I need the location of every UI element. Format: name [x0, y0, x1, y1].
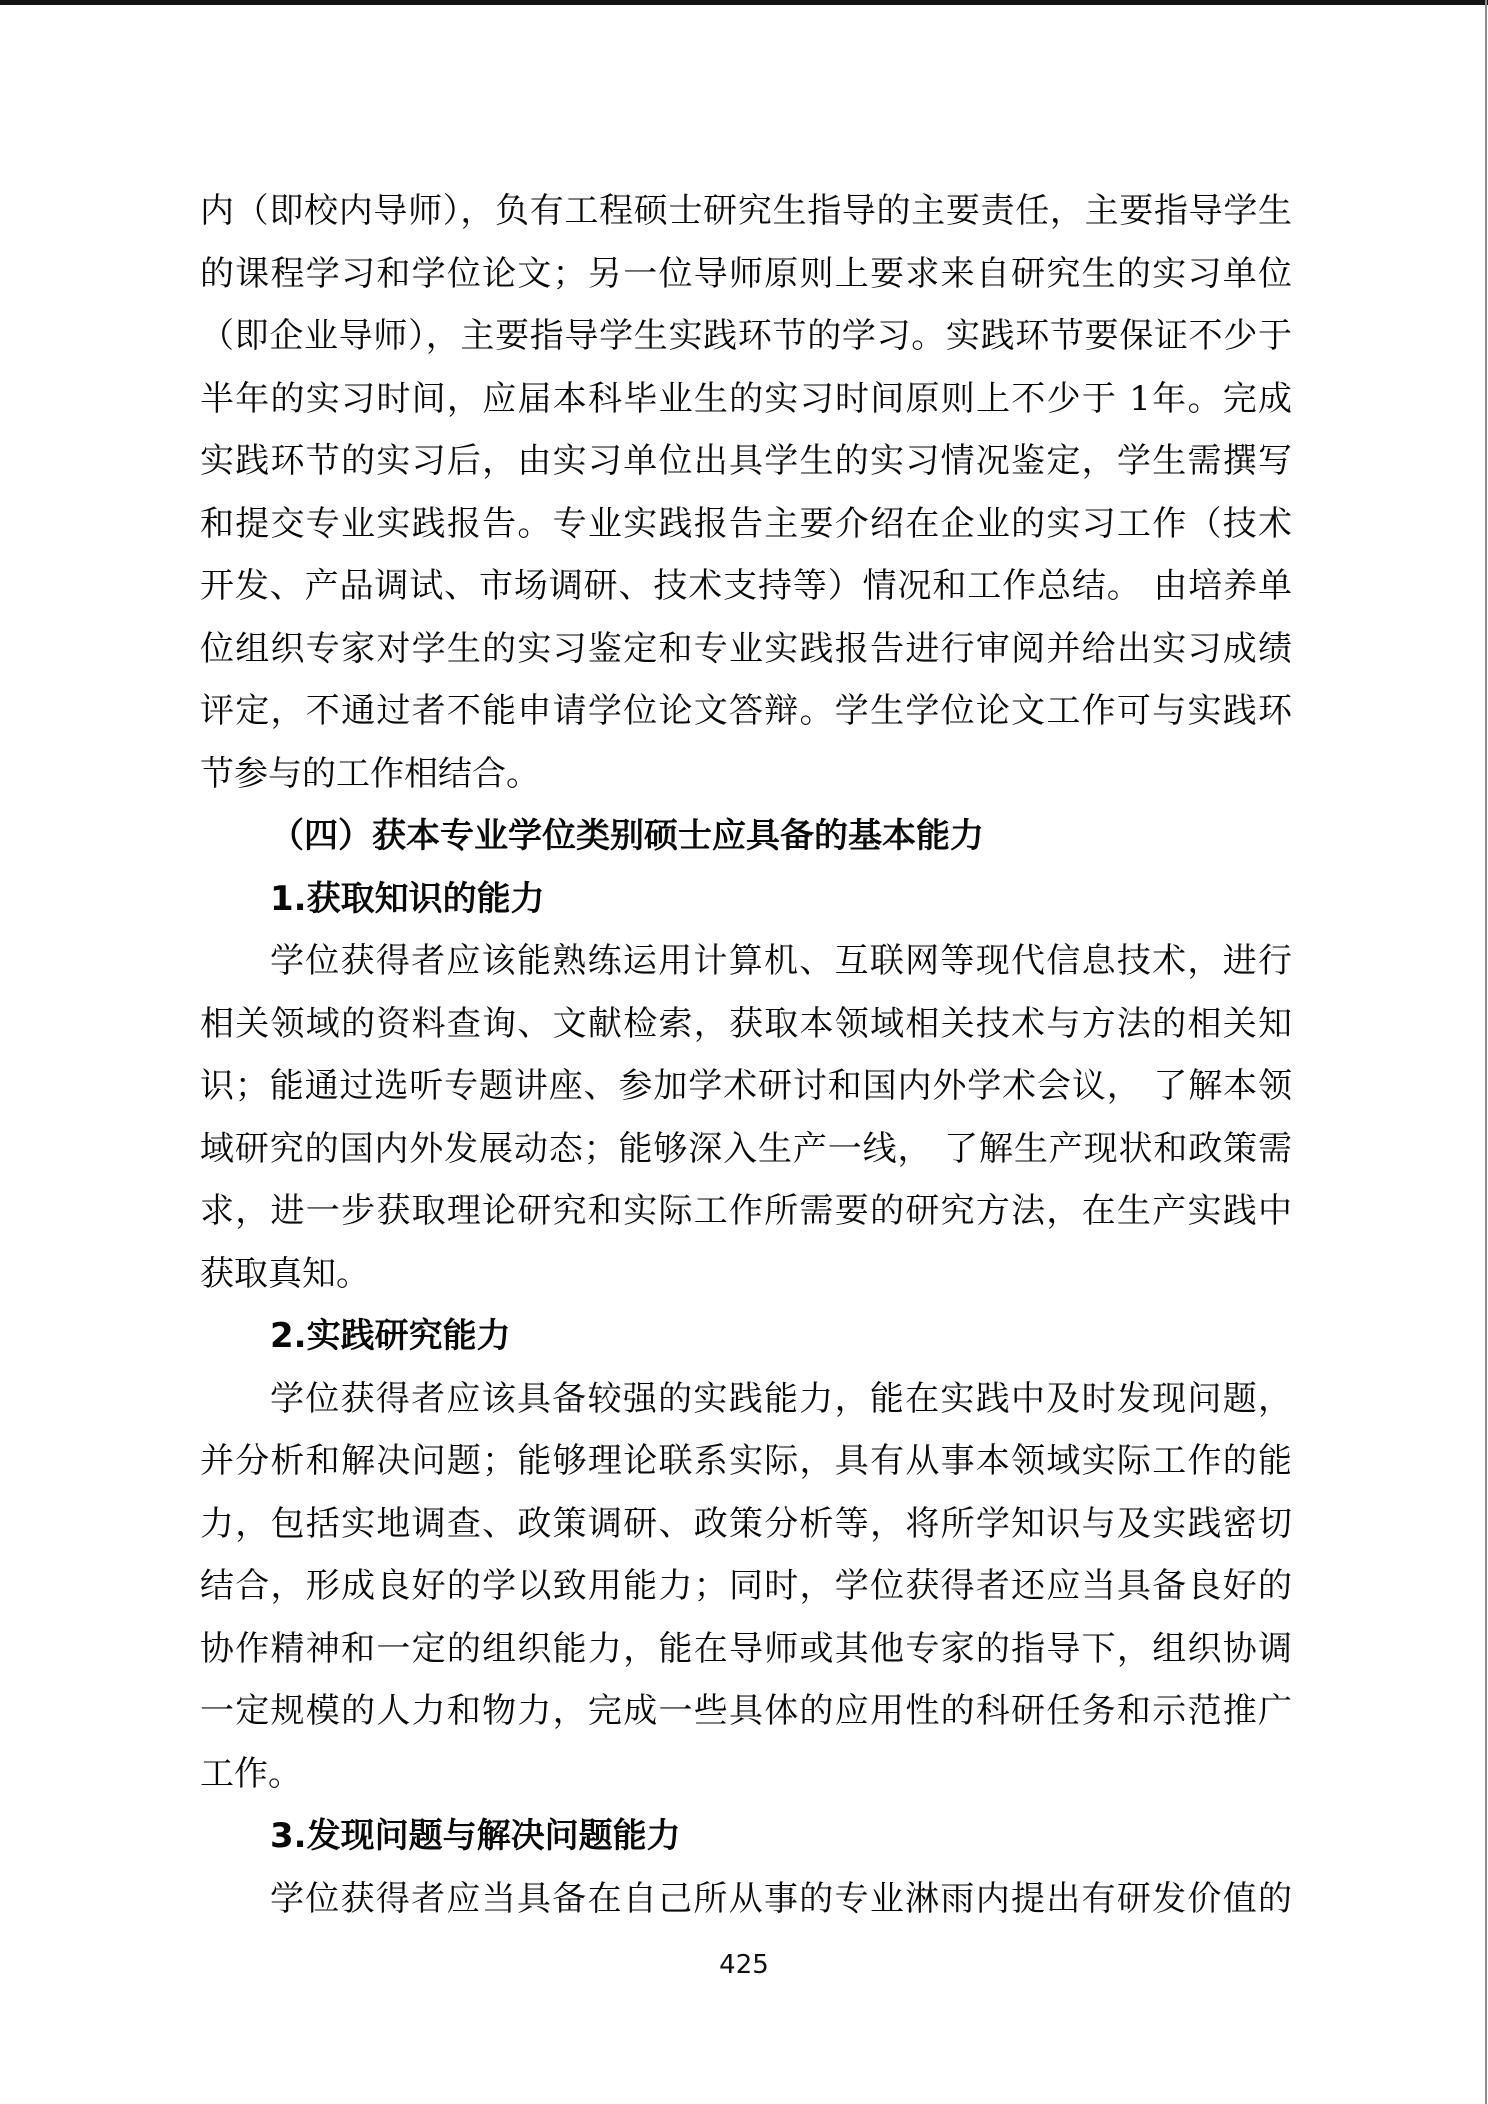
- text-line: 相关领域的资料查询、文献检索，获取本领域相关技术与方法的相关知: [200, 993, 1292, 1056]
- page-top-border: [0, 0, 1488, 5]
- text-block: 内（即校内导师），负有工程硕士研究生指导的主要责任，主要指导学生 的课程学习和学…: [200, 180, 1292, 1930]
- text-line: 实践环节的实习后，由实习单位出具学生的实习情况鉴定，学生需撰写: [200, 430, 1292, 493]
- text-line: 结合，形成良好的学以致用能力；同时，学位获得者还应当具备良好的: [200, 1555, 1292, 1618]
- page-number: 425: [0, 1950, 1488, 1980]
- text-line: 开发、产品调试、市场调研、技术支持等）情况和工作总结。 由培养单: [200, 555, 1292, 618]
- text-line: 节参与的工作相结合。: [200, 743, 1292, 806]
- text-line: 获取真知。: [200, 1243, 1292, 1306]
- text-line: 学位获得者应当具备在自己所从事的专业淋雨内提出有研发价值的: [200, 1868, 1292, 1931]
- text-line: 一定规模的人力和物力，完成一些具体的应用性的科研任务和示范推广: [200, 1680, 1292, 1743]
- text-line: 域研究的国内外发展动态；能够深入生产一线， 了解生产现状和政策需: [200, 1118, 1292, 1181]
- text-line: 学位获得者应该具备较强的实践能力，能在实践中及时发现问题，: [200, 1368, 1292, 1431]
- text-line: 协作精神和一定的组织能力，能在导师或其他专家的指导下，组织协调: [200, 1618, 1292, 1681]
- text-line: 评定，不通过者不能申请学位论文答辩。学生学位论文工作可与实践环: [200, 680, 1292, 743]
- text-line: 和提交专业实践报告。专业实践报告主要介绍在企业的实习工作（技术: [200, 493, 1292, 556]
- heading-ability-1: 1.获取知识的能力: [200, 868, 1292, 931]
- document-page: 内（即校内导师），负有工程硕士研究生指导的主要责任，主要指导学生 的课程学习和学…: [0, 0, 1488, 2104]
- text-line: （即企业导师），主要指导学生实践环节的学习。实践环节要保证不少于: [200, 305, 1292, 368]
- text-line: 内（即校内导师），负有工程硕士研究生指导的主要责任，主要指导学生: [200, 180, 1292, 243]
- text-line: 工作。: [200, 1743, 1292, 1806]
- text-line: 并分析和解决问题；能够理论联系实际，具有从事本领域实际工作的能: [200, 1430, 1292, 1493]
- page-right-border: [1485, 0, 1487, 2104]
- text-line: 半年的实习时间，应届本科毕业生的实习时间原则上不少于 1年。完成: [200, 368, 1292, 431]
- heading-section-4: （四）获本专业学位类别硕士应具备的基本能力: [200, 805, 1292, 868]
- heading-ability-3: 3.发现问题与解决问题能力: [200, 1805, 1292, 1868]
- text-line: 位组织专家对学生的实习鉴定和专业实践报告进行审阅并给出实习成绩: [200, 618, 1292, 681]
- text-line: 力，包括实地调查、政策调研、政策分析等，将所学知识与及实践密切: [200, 1493, 1292, 1556]
- text-line: 求，进一步获取理论研究和实际工作所需要的研究方法，在生产实践中: [200, 1180, 1292, 1243]
- text-line: 学位获得者应该能熟练运用计算机、互联网等现代信息技术，进行: [200, 930, 1292, 993]
- text-line: 识；能通过选听专题讲座、参加学术研讨和国内外学术会议， 了解本领: [200, 1055, 1292, 1118]
- heading-ability-2: 2.实践研究能力: [200, 1305, 1292, 1368]
- text-line: 的课程学习和学位论文；另一位导师原则上要求来自研究生的实习单位: [200, 243, 1292, 306]
